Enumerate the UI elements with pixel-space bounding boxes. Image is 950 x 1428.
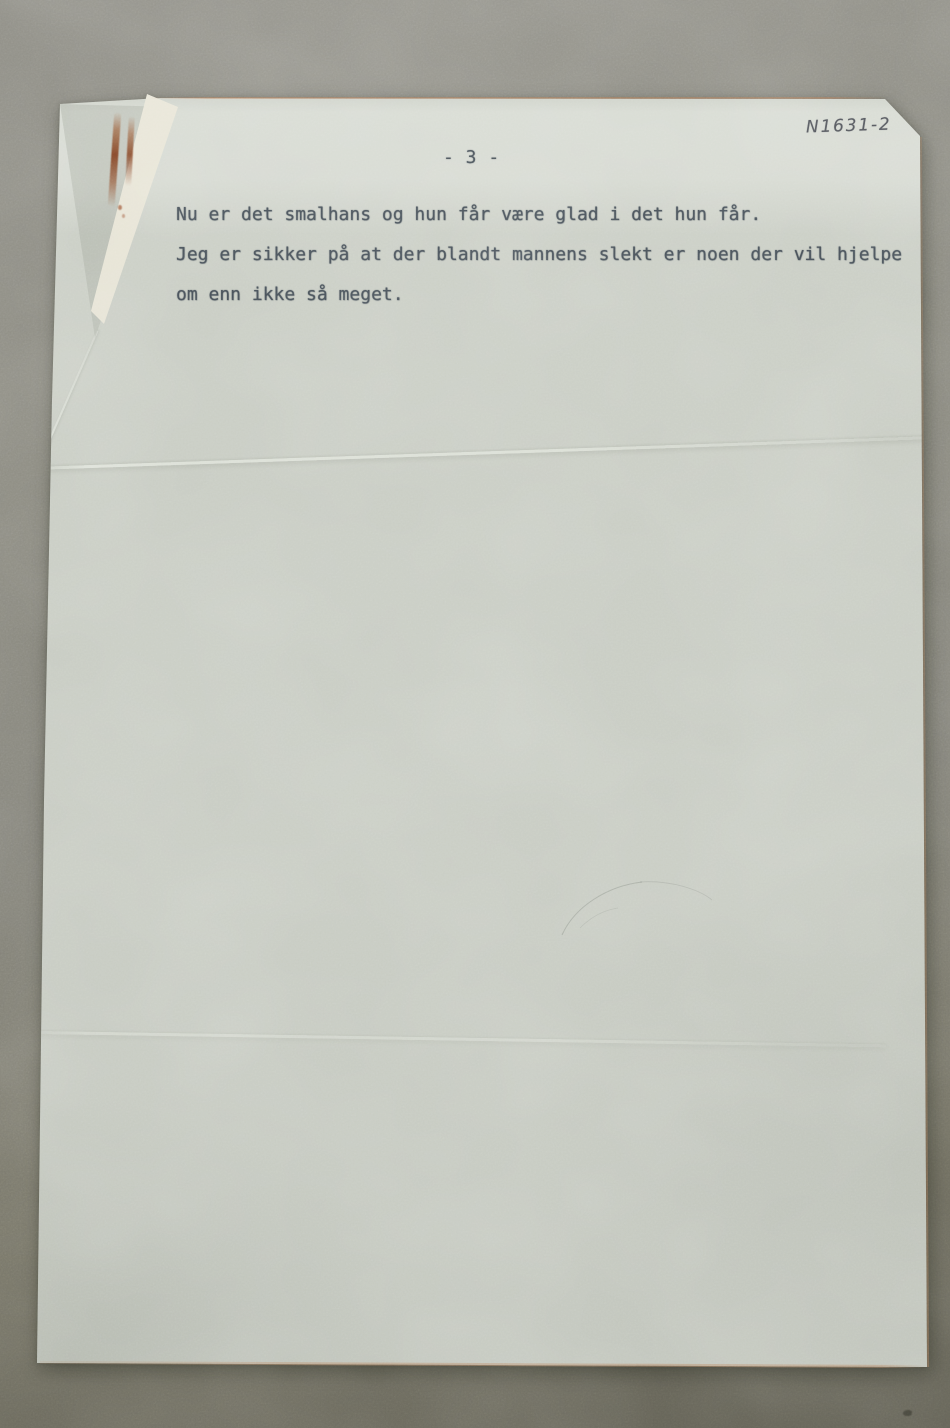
document-text-layer: N1631-2 - 3 - Nu er det smalhans og hun … bbox=[0, 0, 950, 1428]
archival-number: N1631-2 bbox=[806, 117, 892, 137]
backdrop-speck bbox=[903, 1410, 912, 1416]
typed-text-line: Nu er det smalhans og hun får være glad … bbox=[176, 206, 761, 224]
typed-text-line: Jeg er sikker på at der blandt mannens s… bbox=[176, 246, 902, 264]
typed-text-line: om enn ikke så meget. bbox=[176, 286, 404, 304]
page-number: - 3 - bbox=[443, 149, 500, 167]
scanned-document-photo: N1631-2 - 3 - Nu er det smalhans og hun … bbox=[0, 0, 950, 1428]
